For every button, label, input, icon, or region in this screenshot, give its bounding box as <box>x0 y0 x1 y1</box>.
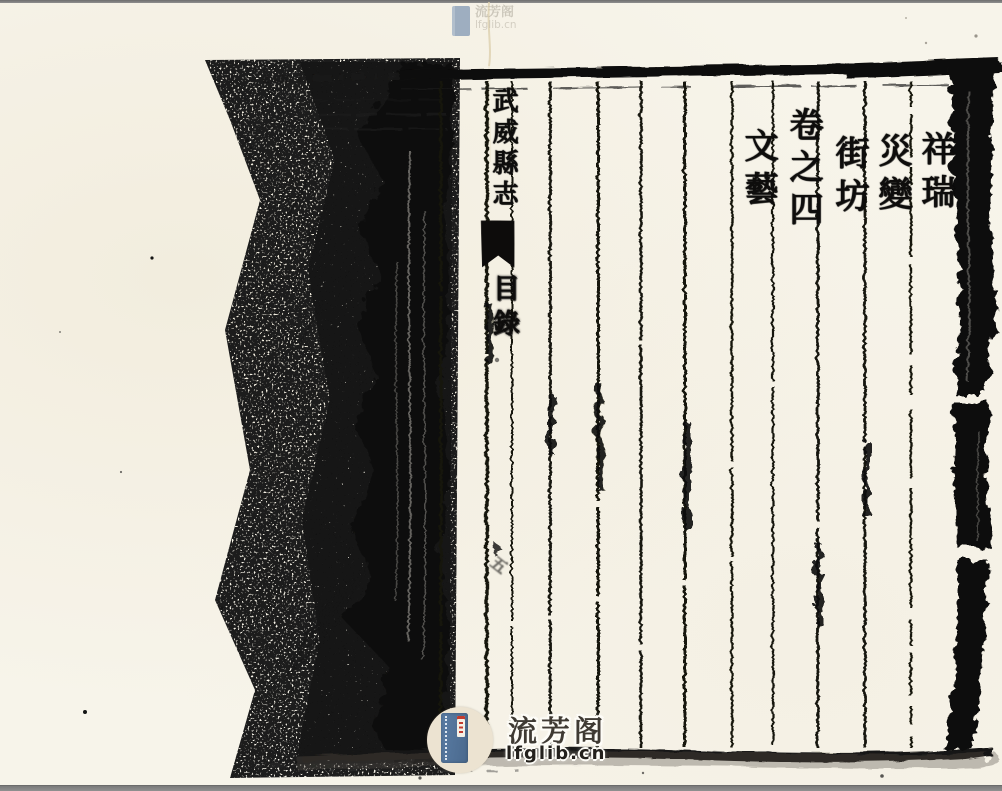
book-label <box>457 716 465 737</box>
scanner-edge-bottom <box>0 785 1002 791</box>
scanned-page: 武威縣志 目錄 五 祥瑞 災變 街坊 卷之四 文藝 流芳阁 lfglib.cn … <box>0 0 1002 791</box>
toc-entry: 文藝 <box>734 128 783 214</box>
toc-entry: 街坊 <box>825 135 874 221</box>
watermark-site-name: 流芳阁 <box>475 6 517 20</box>
toc-entry: 祥瑞 <box>911 131 960 217</box>
book-logo-icon <box>452 6 470 36</box>
toc-entry: 災變 <box>868 133 917 219</box>
spine-section-label: 目錄 <box>484 274 523 344</box>
column-rule-smudges <box>486 300 864 622</box>
book-logo-icon <box>441 713 468 763</box>
watermark-site-url: lfglib.cn <box>506 743 606 764</box>
watermark-bottom: 流芳阁 lfglib.cn <box>424 704 654 782</box>
logo-circle <box>427 707 493 773</box>
toc-volume-header: 卷之四 <box>779 107 828 233</box>
spine-book-title: 武威縣志 <box>485 87 522 211</box>
watermark-top: 流芳阁 lfglib.cn <box>452 6 517 36</box>
watermark-site-url: lfglib.cn <box>475 20 517 32</box>
